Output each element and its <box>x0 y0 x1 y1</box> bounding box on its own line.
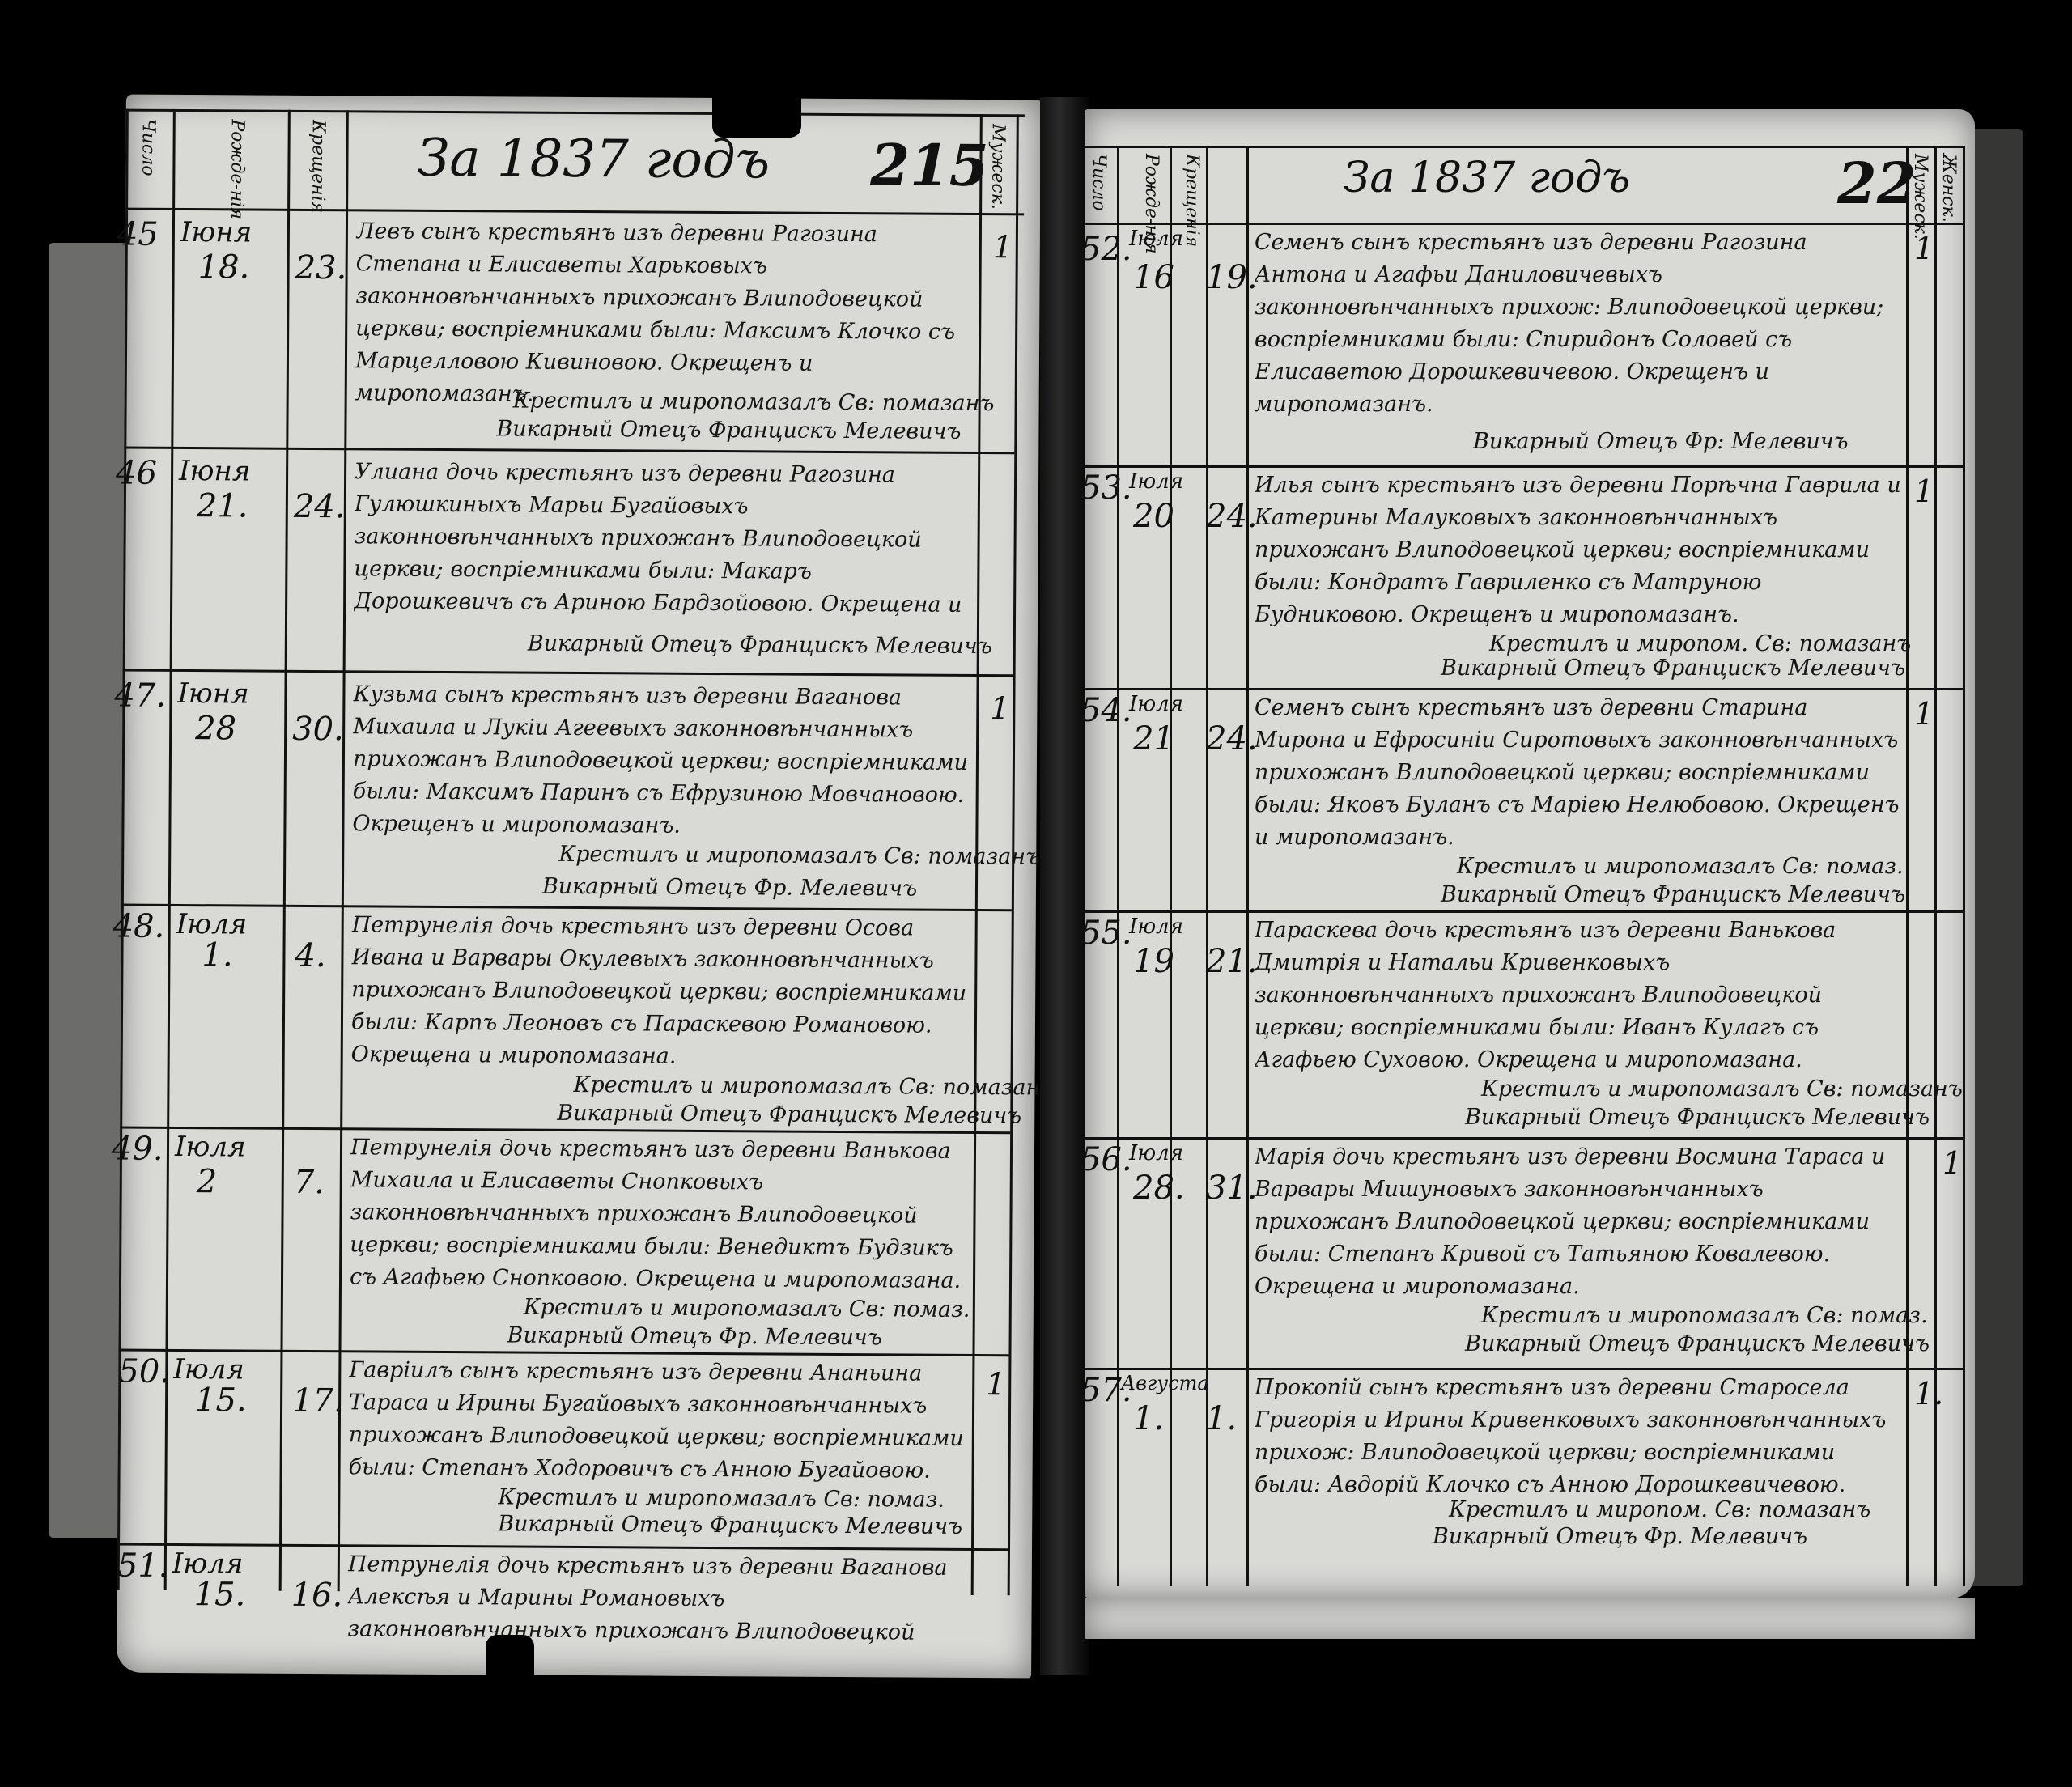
entry-text: Марія дочь крестьянъ изъ деревни Восмина… <box>1255 1141 1902 1303</box>
right-page-bottom <box>1085 1598 1975 1639</box>
birth-day: 1. <box>1133 1400 1164 1437</box>
col-header-baptism: Крещенія <box>1182 154 1202 247</box>
baptism-day: 23. <box>295 249 347 287</box>
birth-day: 1. <box>202 936 232 974</box>
baptism-day: 30. <box>292 711 344 748</box>
col-rule <box>1906 146 1909 1586</box>
row-rule <box>1085 1137 1963 1140</box>
entry-month: Іюля <box>1129 1141 1183 1165</box>
baptism-day: 19. <box>1206 259 1258 296</box>
entry-signature-line2: Викарный Отецъ Францискъ Мелевичъ <box>1441 882 1905 907</box>
birth-day: 18. <box>198 248 250 286</box>
entry-row: 45 Іюня 18. 23. Левъ сынъ крестьянъ изъ … <box>126 95 1041 100</box>
male-count: 1 <box>993 229 1013 265</box>
col-header-baptism: Крещенія <box>308 120 329 213</box>
male-count: 1 <box>986 1366 1005 1402</box>
col-rule <box>1934 146 1937 1586</box>
entry-text: Семенъ сынъ крестьянъ изъ деревни Старин… <box>1255 692 1902 854</box>
entry-text: Параскева дочь крестьянъ изъ деревни Ван… <box>1255 915 1902 1076</box>
row-rule <box>124 447 1014 455</box>
entry-row: 49. Іюля 2 7. Петрунелія дочь крестьянъ … <box>126 95 1041 100</box>
entry-text: Петрунелія дочь крестьянъ изъ деревни Ва… <box>347 1548 963 1649</box>
entry-signature-line1: Крестилъ и миропом. Св: помазанъ <box>1449 1497 1870 1522</box>
entry-number: 55. <box>1081 915 1132 952</box>
entry-number: 46 <box>116 454 157 491</box>
entry-number: 53. <box>1081 469 1132 507</box>
entry-number: 45 <box>117 216 159 253</box>
entry-signature-line2: Викарный Отецъ Францискъ Мелевичъ <box>498 1511 962 1539</box>
baptism-day: 16. <box>291 1577 343 1614</box>
col-rule <box>338 110 349 1591</box>
entry-month: Іюля <box>1129 469 1183 494</box>
entry-signature-line1: Крестилъ и миропомазалъ Св: помаз. <box>1457 854 1904 879</box>
left-page: Число Рожде-нія Крещенія Мужеск. За 1837… <box>117 95 1041 1679</box>
row-rule <box>1085 1368 1963 1370</box>
binding-clip-top <box>712 73 801 138</box>
baptism-day: 31. <box>1206 1169 1258 1207</box>
entry-signature-line2: Викарный Отецъ Францискъ Мелевичъ <box>1441 656 1905 681</box>
entry-signature-line1: Крестилъ и миропомазалъ Св: помазанъ <box>558 842 1040 870</box>
entry-month: Іюня <box>180 216 253 249</box>
entry-row: 47. Іюня 28 30. Кузьма сынъ крестьянъ из… <box>126 95 1041 100</box>
entry-signature-line1: Крестилъ и миропомазалъ Св: помазанъ <box>573 1072 1055 1101</box>
baptism-day: 24. <box>1206 498 1258 535</box>
entry-number: 48. <box>113 907 165 944</box>
entry-row: 46 Іюня 21. 24. Улиана дочь крестьянъ из… <box>126 95 1041 100</box>
birth-day: 28. <box>1133 1169 1185 1207</box>
male-count: 1 <box>1914 696 1934 732</box>
row-rule <box>1085 910 1963 913</box>
entry-month: Іюня <box>177 677 249 711</box>
book-cover-edge <box>1967 129 2023 1586</box>
entry-month: Іюля <box>1129 227 1183 251</box>
col-rule <box>1117 146 1119 1586</box>
col-header-female: Женск. <box>1938 154 1959 223</box>
entry-signature-line2: Викарный Отецъ Францискъ Мелевичъ <box>1465 1331 1930 1356</box>
male-count: 1 <box>1914 231 1934 266</box>
header-rule <box>1085 223 1963 225</box>
entry-month: Іюля <box>1129 692 1183 716</box>
entry-signature-line1: Крестилъ и миропом. Св: помазанъ <box>1489 631 1911 656</box>
page-number: 22 <box>1837 150 1916 217</box>
entry-row: 48. Іюля 1. 4. Петрунелія дочь крестьянъ… <box>126 95 1041 100</box>
col-header-male: Мужеск. <box>987 124 1008 210</box>
male-count: 1 <box>1914 473 1934 509</box>
entry-number: 49. <box>112 1130 163 1167</box>
col-header-birth: Рожде-нія <box>227 119 248 219</box>
row-rule <box>1085 688 1963 690</box>
birth-day: 28 <box>195 710 236 747</box>
entry-signature-line2: Викарный Отецъ Францискъ Мелевичъ <box>557 1101 1021 1129</box>
row-rule <box>1085 465 1963 468</box>
entry-text: Гавріилъ сынъ крестьянъ изъ деревни Анан… <box>348 1354 964 1488</box>
male-count: 1. <box>1914 1376 1943 1411</box>
entry-signature-line2: Викарный Отецъ Фр. Мелевичъ <box>542 874 917 902</box>
entry-text: Петрунелія дочь крестьянъ изъ деревни Ос… <box>351 909 967 1075</box>
female-count: 1 <box>1942 1145 1962 1181</box>
col-rule <box>1170 146 1172 1586</box>
baptism-day: 24. <box>1206 720 1258 758</box>
baptism-day: 24. <box>294 488 346 525</box>
entry-month: Августа <box>1121 1372 1209 1394</box>
entry-signature-line1: Крестилъ и миропомазалъ Св: помазанъ <box>1481 1076 1963 1101</box>
birth-day: 19 <box>1133 943 1174 980</box>
entry-number: 56. <box>1081 1141 1132 1178</box>
entry-text: Петрунелія дочь крестьянъ изъ деревни Ва… <box>350 1131 966 1297</box>
col-rule <box>1246 146 1249 1586</box>
entry-row: 50. Іюля 15. 17. Гавріилъ сынъ крестьянъ… <box>126 95 1041 100</box>
entry-number: 50. <box>118 1353 170 1390</box>
entry-text: Улиана дочь крестьянъ изъ деревни Рагози… <box>354 456 970 622</box>
top-rule <box>126 109 1025 117</box>
year-heading: За 1837 годъ <box>1344 154 1630 202</box>
entry-month: Іюня <box>179 455 251 488</box>
entry-signature-line2: Викарный Отецъ Францискъ Мелевичъ <box>1465 1105 1930 1130</box>
col-rule <box>279 110 291 1591</box>
birth-day: 2 <box>197 1163 218 1200</box>
entry-text: Семенъ сынъ крестьянъ изъ деревни Рагози… <box>1255 227 1902 421</box>
col-rule <box>1963 146 1965 1586</box>
header-rule <box>125 208 1024 216</box>
row-rule <box>123 669 1013 677</box>
entry-row: 51. Іюля 15. 16. Петрунелія дочь крестья… <box>126 95 1041 100</box>
baptism-day: 4. <box>295 937 325 974</box>
entry-text: Кузьма сынъ крестьянъ изъ деревни Вагано… <box>352 678 968 844</box>
entry-number: 52. <box>1081 231 1132 268</box>
entry-signature-line1: Крестилъ и миропомазалъ Св: помаз. <box>1481 1303 1928 1328</box>
baptism-day: 7. <box>294 1164 325 1201</box>
binding-clip-bottom <box>486 1635 534 1708</box>
entry-number: 54. <box>1081 692 1132 729</box>
birth-day: 21 <box>1133 720 1174 758</box>
entry-number: 51. <box>117 1547 169 1585</box>
birth-day: 16 <box>1133 259 1174 296</box>
entry-signature-line2: Викарный Отецъ Францискъ Мелевичъ <box>496 416 961 444</box>
right-page: Число Рожде-нія Крещенія Мужеск. Женск. … <box>1085 109 1975 1598</box>
entry-text: Левъ сынъ крестьянъ изъ деревни Рагозина… <box>355 215 971 414</box>
col-header-number: Число <box>1089 154 1109 211</box>
entry-text: Прокопій сынъ крестьянъ изъ деревни Стар… <box>1255 1372 1902 1501</box>
year-heading: За 1837 годъ <box>417 129 770 191</box>
entry-signature-line1: Крестилъ и миропомазалъ Св: помазанъ <box>513 388 995 416</box>
male-count: 1 <box>990 690 1009 726</box>
birth-day: 21. <box>197 487 248 524</box>
col-rule <box>1206 146 1208 1586</box>
birth-day: 15. <box>194 1576 246 1613</box>
entry-signature-line1: Крестилъ и миропомазалъ Св: помаз. <box>524 1295 970 1322</box>
birth-day: 20 <box>1133 498 1174 535</box>
page-number: 215 <box>870 131 989 199</box>
baptism-day: 17. <box>292 1382 344 1420</box>
baptism-day: 1. <box>1206 1400 1237 1437</box>
birth-day: 15. <box>195 1382 247 1419</box>
entry-month: Іюля <box>1129 915 1183 939</box>
entry-signature-line2: Викарный Отецъ Фр. Мелевичъ <box>507 1322 882 1350</box>
entry-month: Іюля <box>175 1131 246 1164</box>
entry-signature-line2: Викарный Отецъ Францискъ Мелевичъ <box>528 631 992 660</box>
book-gutter <box>1040 97 1089 1675</box>
entry-signature-line2: Викарный Отецъ Фр: Мелевичъ <box>1473 429 1849 454</box>
entry-text: Илья сынъ крестьянъ изъ деревни Порѣчна … <box>1255 469 1902 631</box>
entry-number: 47. <box>114 677 166 714</box>
col-header-number: Число <box>138 119 158 176</box>
entry-signature-line2: Викарный Отецъ Фр. Мелевичъ <box>1433 1524 1807 1549</box>
entry-signature-line1: Крестилъ и миропомазалъ Св: помаз. <box>498 1484 945 1512</box>
baptism-day: 21. <box>1206 943 1258 980</box>
top-rule <box>1085 146 1963 148</box>
